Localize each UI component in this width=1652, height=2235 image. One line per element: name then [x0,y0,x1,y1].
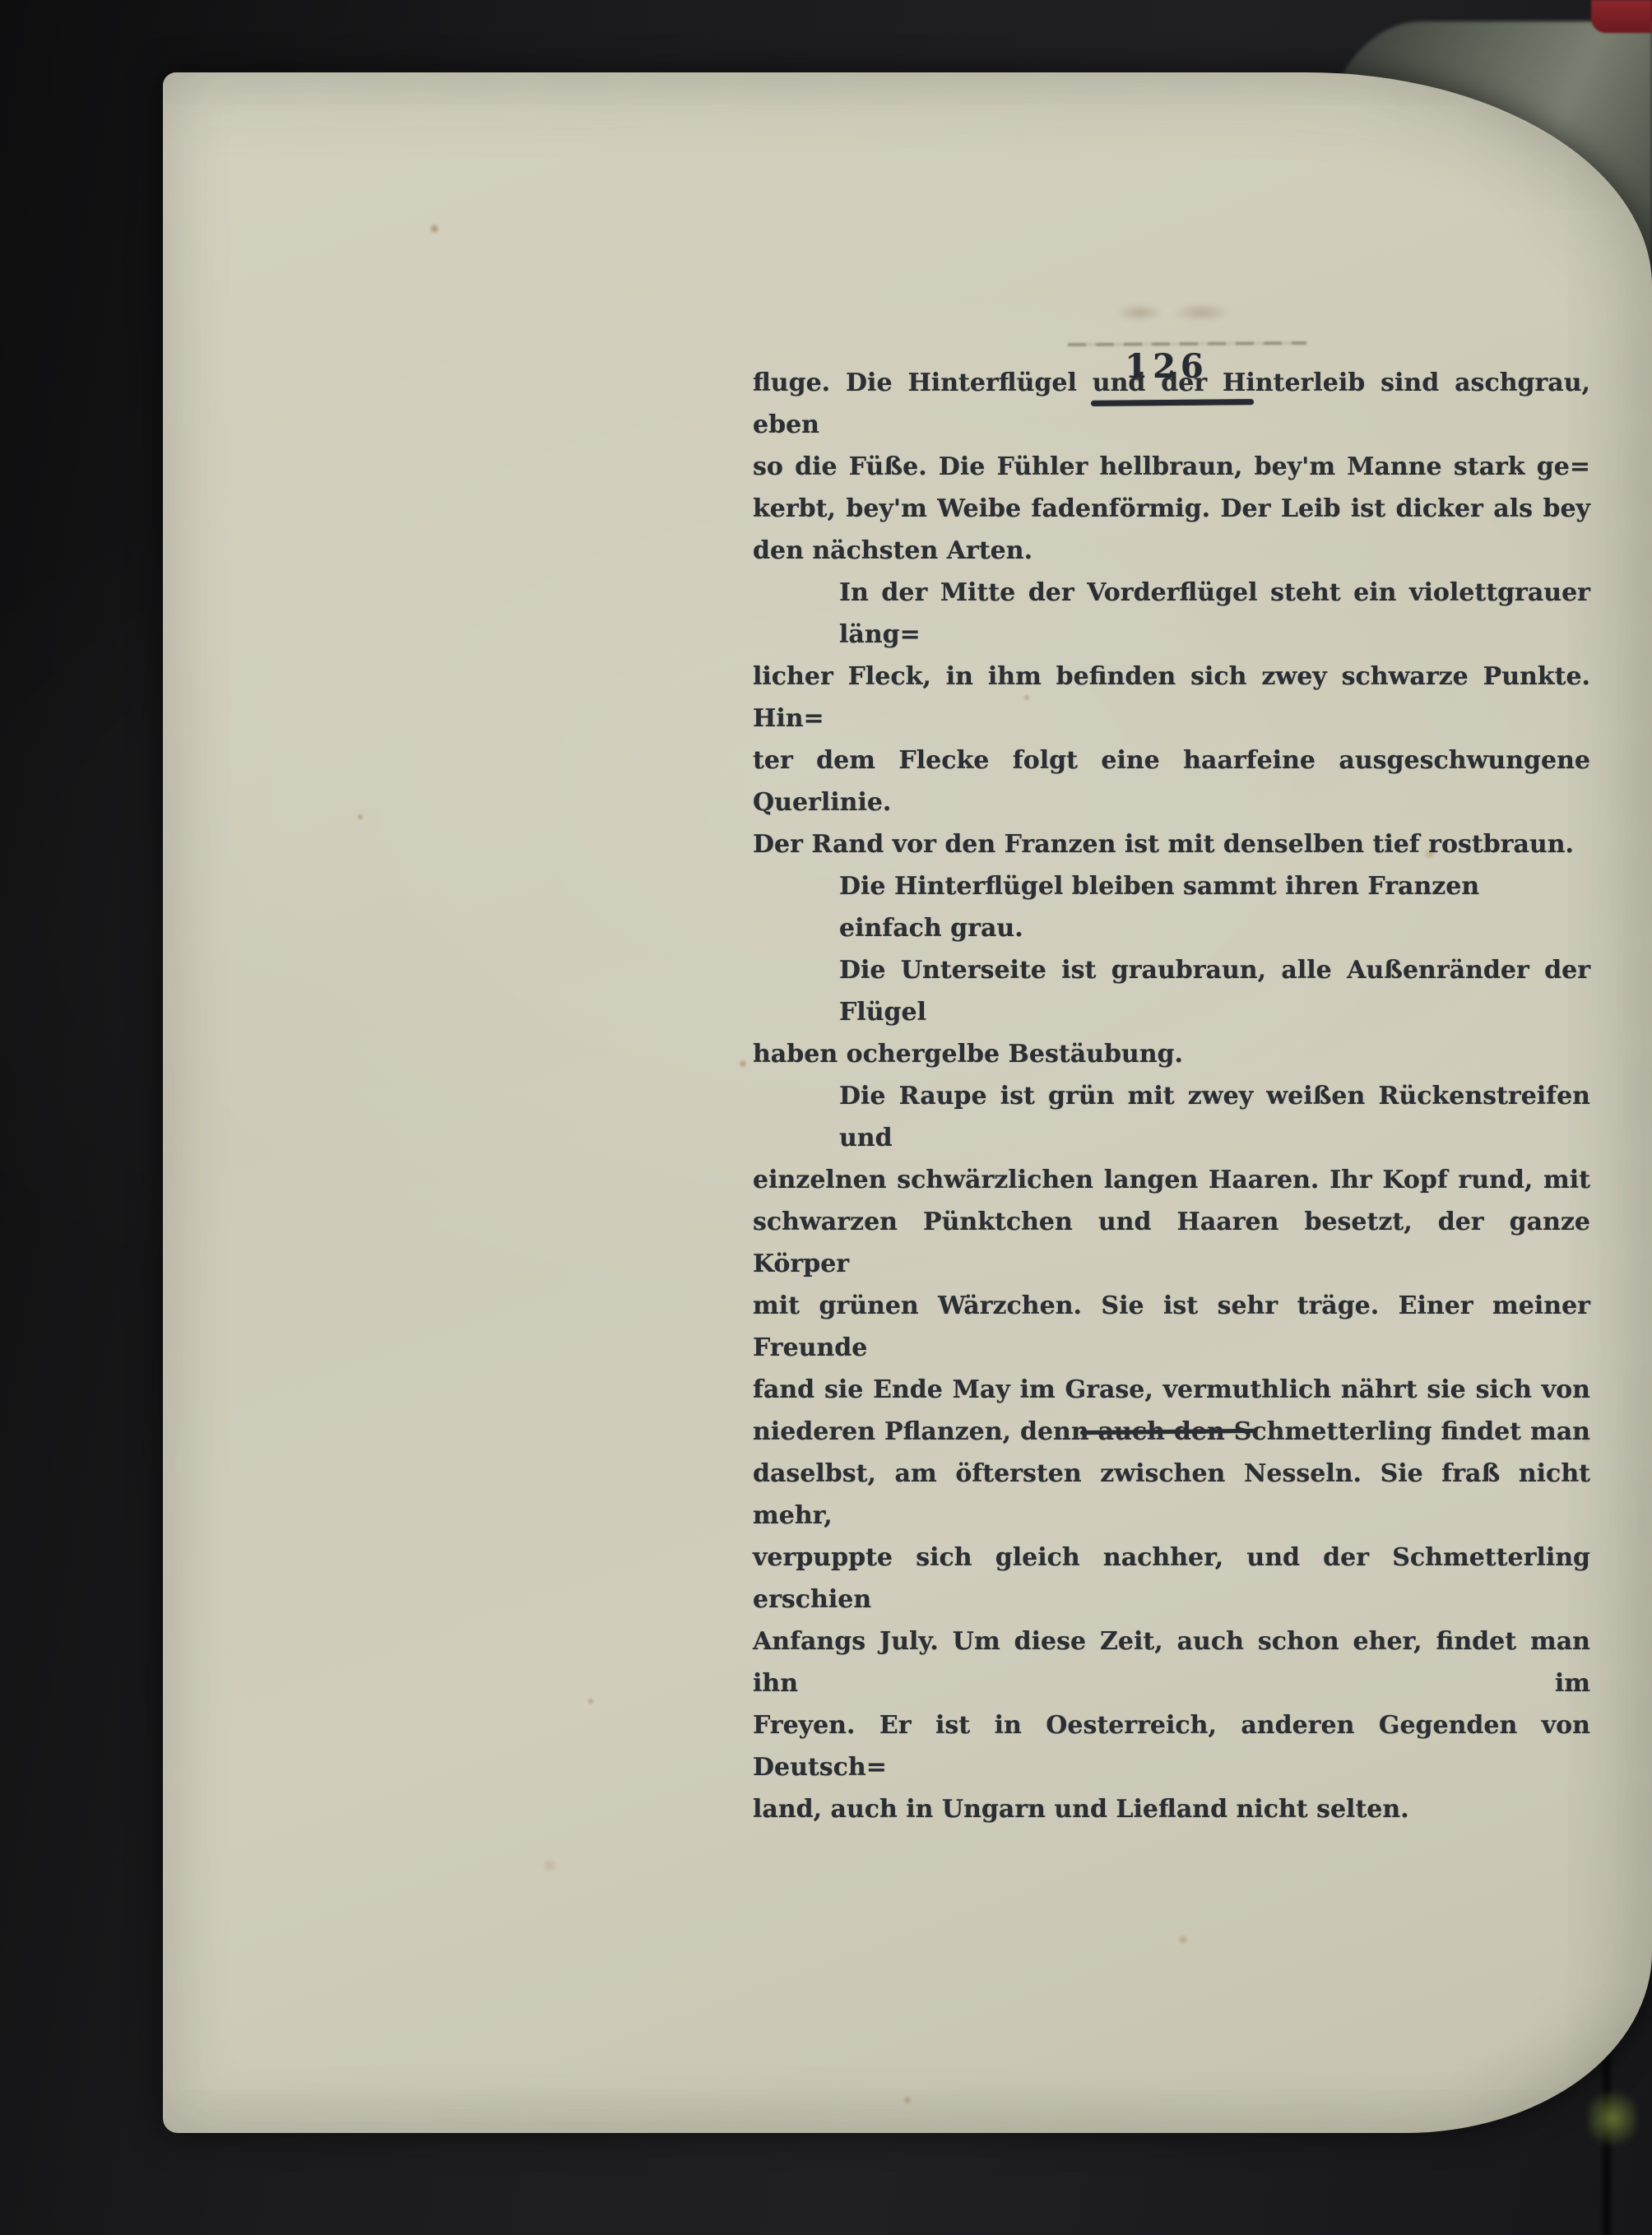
show-through-rule [1068,341,1306,346]
text-line: Anfangs July. Um diese Zeit, auch schon … [753,1621,1590,1704]
text-line: licher Fleck, in ihm befinden sich zwey … [753,656,1590,740]
text-line: Die Unterseite ist graubraun, alle Außen… [753,949,1590,1033]
text-line: land, auch in Ungarn und Liefland nicht … [753,1788,1590,1830]
text-line: fand sie Ende May im Grase, vermuthlich … [753,1369,1590,1411]
page: 126 fluge. Die Hinterflügel und der Hint… [163,72,1652,2133]
text-line: kerbt, bey'm Weibe fadenförmig. Der Leib… [753,488,1590,530]
text-line: so die Füße. Die Fühler hellbraun, bey'm… [753,446,1590,488]
text-line: In der Mitte der Vorderflügel steht ein … [753,572,1590,656]
text-line: Die Raupe ist grün mit zwey weißen Rücke… [753,1075,1590,1159]
text-line: mit grünen Wärzchen. Sie ist sehr träge.… [753,1285,1590,1369]
text-line: Die Hinterflügel bleiben sammt ihren Fra… [753,865,1590,949]
text-line: daselbst, am öftersten zwischen Nesseln.… [753,1453,1590,1537]
green-edge-mark [1588,2088,1637,2149]
show-through-smudge [1093,296,1249,329]
text-line: den nächsten Arten. [753,530,1590,572]
text-line: haben ochergelbe Bestäubung. [753,1033,1590,1075]
text-line: ter dem Flecke folgt eine haarfeine ausg… [753,740,1590,823]
text-block: fluge. Die Hinterflügel und der Hinterle… [753,362,1590,1830]
text-line: fluge. Die Hinterflügel und der Hinterle… [753,362,1590,446]
text-line: einzelnen schwärzlichen langen Haaren. I… [753,1159,1590,1201]
book-scan: 126 fluge. Die Hinterflügel und der Hint… [0,0,1652,2235]
text-line: Der Rand vor den Franzen ist mit denselb… [753,823,1590,865]
red-spine-sliver [1591,0,1652,33]
text-line: verpuppte sich gleich nachher, und der S… [753,1537,1590,1621]
text-line: schwarzen Pünktchen und Haaren besetzt, … [753,1201,1590,1285]
text-line: Freyen. Er ist in Oesterreich, anderen G… [753,1704,1590,1788]
